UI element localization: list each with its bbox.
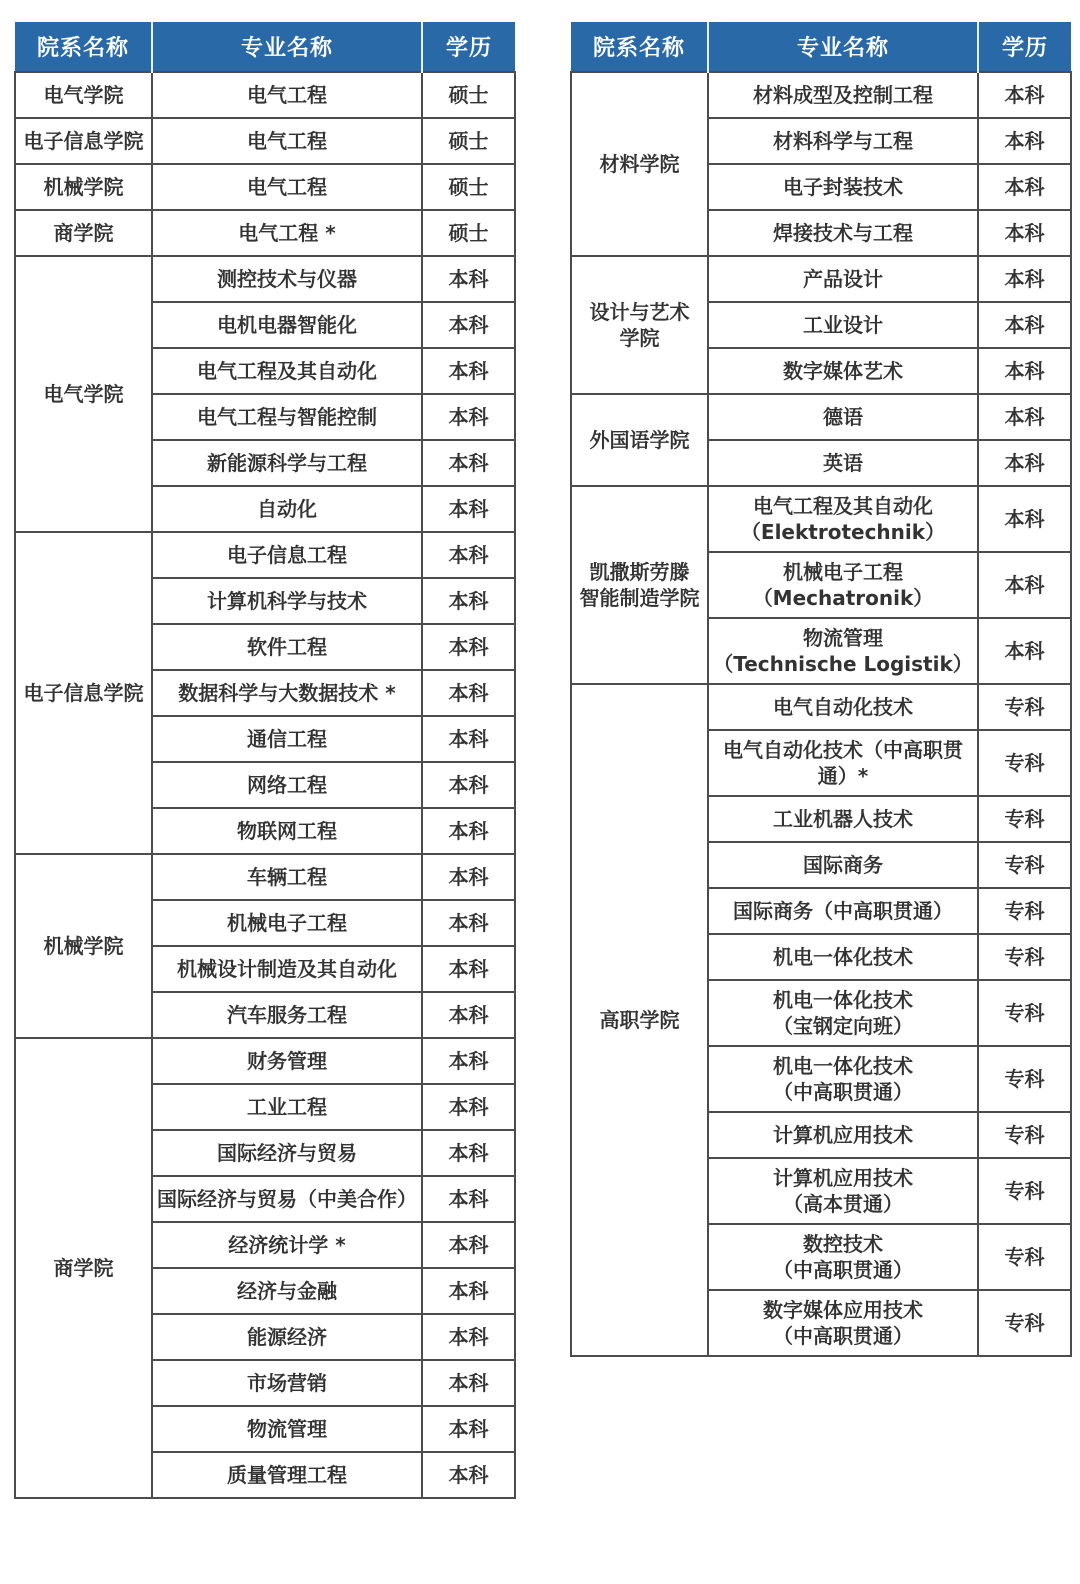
header-row: 院系名称专业名称学历 xyxy=(15,22,515,72)
major-cell: 新能源科学与工程 xyxy=(152,440,422,486)
header-cell-degree: 学历 xyxy=(422,22,515,72)
major-cell: 电子封装技术 xyxy=(708,164,978,210)
header-cell-major: 专业名称 xyxy=(708,22,978,72)
major-cell: 电气自动化技术（中高职贯 通）* xyxy=(708,730,978,796)
major-cell: 机械电子工程 xyxy=(152,900,422,946)
major-cell: 机电一体化技术 （中高职贯通） xyxy=(708,1046,978,1112)
major-cell: 产品设计 xyxy=(708,256,978,302)
degree-cell: 硕士 xyxy=(422,72,515,118)
major-cell: 电气工程 xyxy=(152,72,422,118)
major-cell: 国际经济与贸易 xyxy=(152,1130,422,1176)
department-cell: 凯撒斯劳滕 智能制造学院 xyxy=(571,486,708,684)
table-row: 设计与艺术 学院产品设计本科 xyxy=(571,256,1071,302)
major-cell: 车辆工程 xyxy=(152,854,422,900)
degree-cell: 本科 xyxy=(978,348,1071,394)
degree-cell: 本科 xyxy=(422,854,515,900)
degree-cell: 本科 xyxy=(978,302,1071,348)
major-cell: 物流管理 xyxy=(152,1406,422,1452)
header-row: 院系名称专业名称学历 xyxy=(571,22,1071,72)
table-row: 商学院财务管理本科 xyxy=(15,1038,515,1084)
major-cell: 数字媒体应用技术 （中高职贯通） xyxy=(708,1290,978,1356)
degree-cell: 本科 xyxy=(422,440,515,486)
table-header-left: 院系名称专业名称学历 xyxy=(15,22,515,72)
major-cell: 测控技术与仪器 xyxy=(152,256,422,302)
departments-majors-table-left: 院系名称专业名称学历 电气学院电气工程硕士电子信息学院电气工程硕士机械学院电气工… xyxy=(14,22,516,1499)
table-row: 电子信息学院电子信息工程本科 xyxy=(15,532,515,578)
major-cell: 材料成型及控制工程 xyxy=(708,72,978,118)
degree-cell: 本科 xyxy=(422,256,515,302)
department-cell: 外国语学院 xyxy=(571,394,708,486)
major-cell: 电气工程及其自动化 xyxy=(152,348,422,394)
major-cell: 电气工程及其自动化 （Elektrotechnik） xyxy=(708,486,978,552)
table-body-right: 材料学院材料成型及控制工程本科材料科学与工程本科电子封装技术本科焊接技术与工程本… xyxy=(571,72,1071,1356)
table-row: 电气学院测控技术与仪器本科 xyxy=(15,256,515,302)
degree-cell: 本科 xyxy=(422,762,515,808)
table-row: 材料学院材料成型及控制工程本科 xyxy=(571,72,1071,118)
major-cell: 国际经济与贸易（中美合作） xyxy=(152,1176,422,1222)
major-cell: 工业机器人技术 xyxy=(708,796,978,842)
degree-cell: 本科 xyxy=(978,210,1071,256)
major-cell: 物联网工程 xyxy=(152,808,422,854)
major-cell: 数控技术 （中高职贯通） xyxy=(708,1224,978,1290)
major-cell: 数据科学与大数据技术 * xyxy=(152,670,422,716)
degree-cell: 本科 xyxy=(978,164,1071,210)
degree-cell: 本科 xyxy=(422,348,515,394)
degree-cell: 本科 xyxy=(422,808,515,854)
major-cell: 自动化 xyxy=(152,486,422,532)
major-cell: 质量管理工程 xyxy=(152,1452,422,1498)
major-cell: 电气自动化技术 xyxy=(708,684,978,730)
degree-cell: 本科 xyxy=(422,716,515,762)
major-cell: 机械电子工程 （Mechatronik） xyxy=(708,552,978,618)
major-cell: 能源经济 xyxy=(152,1314,422,1360)
major-cell: 国际商务 xyxy=(708,842,978,888)
department-cell: 设计与艺术 学院 xyxy=(571,256,708,394)
degree-cell: 专科 xyxy=(978,730,1071,796)
header-cell-degree: 学历 xyxy=(978,22,1071,72)
degree-cell: 本科 xyxy=(422,624,515,670)
table-row: 机械学院车辆工程本科 xyxy=(15,854,515,900)
degree-cell: 本科 xyxy=(978,394,1071,440)
degree-cell: 本科 xyxy=(422,670,515,716)
table-header-right: 院系名称专业名称学历 xyxy=(571,22,1071,72)
degree-cell: 专科 xyxy=(978,1046,1071,1112)
degree-cell: 专科 xyxy=(978,888,1071,934)
major-cell: 国际商务（中高职贯通） xyxy=(708,888,978,934)
major-cell: 机电一体化技术 xyxy=(708,934,978,980)
degree-cell: 本科 xyxy=(422,302,515,348)
degree-cell: 专科 xyxy=(978,1112,1071,1158)
degree-cell: 专科 xyxy=(978,1290,1071,1356)
major-cell: 材料科学与工程 xyxy=(708,118,978,164)
department-cell: 商学院 xyxy=(15,210,152,256)
department-cell: 电子信息学院 xyxy=(15,532,152,854)
table-row: 外国语学院德语本科 xyxy=(571,394,1071,440)
degree-cell: 本科 xyxy=(422,1176,515,1222)
major-cell: 网络工程 xyxy=(152,762,422,808)
header-cell-department: 院系名称 xyxy=(571,22,708,72)
degree-cell: 硕士 xyxy=(422,164,515,210)
degree-cell: 本科 xyxy=(422,1452,515,1498)
major-cell: 电气工程 xyxy=(152,118,422,164)
major-cell: 经济统计学 * xyxy=(152,1222,422,1268)
degree-cell: 专科 xyxy=(978,684,1071,730)
degree-cell: 本科 xyxy=(978,552,1071,618)
degree-cell: 本科 xyxy=(422,394,515,440)
department-cell: 电气学院 xyxy=(15,256,152,532)
major-cell: 电子信息工程 xyxy=(152,532,422,578)
degree-cell: 本科 xyxy=(978,618,1071,684)
table-body-left: 电气学院电气工程硕士电子信息学院电气工程硕士机械学院电气工程硕士商学院电气工程 … xyxy=(15,72,515,1498)
degree-cell: 本科 xyxy=(422,1406,515,1452)
department-cell: 机械学院 xyxy=(15,164,152,210)
major-cell: 市场营销 xyxy=(152,1360,422,1406)
degree-cell: 专科 xyxy=(978,842,1071,888)
major-cell: 通信工程 xyxy=(152,716,422,762)
degree-cell: 本科 xyxy=(978,486,1071,552)
degree-cell: 专科 xyxy=(978,1158,1071,1224)
admissions-tables: 院系名称专业名称学历 电气学院电气工程硕士电子信息学院电气工程硕士机械学院电气工… xyxy=(0,0,1080,1499)
degree-cell: 本科 xyxy=(422,1314,515,1360)
department-cell: 电气学院 xyxy=(15,72,152,118)
degree-cell: 本科 xyxy=(978,256,1071,302)
header-cell-department: 院系名称 xyxy=(15,22,152,72)
major-cell: 德语 xyxy=(708,394,978,440)
table-row: 商学院电气工程 *硕士 xyxy=(15,210,515,256)
degree-cell: 本科 xyxy=(422,1222,515,1268)
major-cell: 电气工程 xyxy=(152,164,422,210)
degree-cell: 本科 xyxy=(422,486,515,532)
major-cell: 机械设计制造及其自动化 xyxy=(152,946,422,992)
major-cell: 经济与金融 xyxy=(152,1268,422,1314)
degree-cell: 专科 xyxy=(978,796,1071,842)
department-cell: 材料学院 xyxy=(571,72,708,256)
major-cell: 工业设计 xyxy=(708,302,978,348)
degree-cell: 本科 xyxy=(422,1268,515,1314)
departments-majors-table-right: 院系名称专业名称学历 材料学院材料成型及控制工程本科材料科学与工程本科电子封装技… xyxy=(570,22,1072,1357)
degree-cell: 本科 xyxy=(422,1084,515,1130)
department-cell: 机械学院 xyxy=(15,854,152,1038)
major-cell: 计算机应用技术 xyxy=(708,1112,978,1158)
header-cell-major: 专业名称 xyxy=(152,22,422,72)
degree-cell: 本科 xyxy=(422,578,515,624)
major-cell: 英语 xyxy=(708,440,978,486)
degree-cell: 本科 xyxy=(422,532,515,578)
major-cell: 计算机应用技术 （高本贯通） xyxy=(708,1158,978,1224)
major-cell: 数字媒体艺术 xyxy=(708,348,978,394)
major-cell: 电气工程 * xyxy=(152,210,422,256)
degree-cell: 本科 xyxy=(422,900,515,946)
major-cell: 机电一体化技术 （宝钢定向班） xyxy=(708,980,978,1046)
major-cell: 财务管理 xyxy=(152,1038,422,1084)
major-cell: 焊接技术与工程 xyxy=(708,210,978,256)
degree-cell: 本科 xyxy=(422,1038,515,1084)
degree-cell: 本科 xyxy=(978,72,1071,118)
table-row: 凯撒斯劳滕 智能制造学院电气工程及其自动化 （Elektrotechnik）本科 xyxy=(571,486,1071,552)
degree-cell: 专科 xyxy=(978,934,1071,980)
table-row: 高职学院电气自动化技术专科 xyxy=(571,684,1071,730)
department-cell: 高职学院 xyxy=(571,684,708,1356)
major-cell: 工业工程 xyxy=(152,1084,422,1130)
table-row: 电子信息学院电气工程硕士 xyxy=(15,118,515,164)
major-cell: 汽车服务工程 xyxy=(152,992,422,1038)
degree-cell: 本科 xyxy=(422,1130,515,1176)
degree-cell: 本科 xyxy=(978,440,1071,486)
degree-cell: 本科 xyxy=(422,946,515,992)
major-cell: 电气工程与智能控制 xyxy=(152,394,422,440)
major-cell: 计算机科学与技术 xyxy=(152,578,422,624)
degree-cell: 专科 xyxy=(978,980,1071,1046)
major-cell: 软件工程 xyxy=(152,624,422,670)
major-cell: 物流管理 （Technische Logistik） xyxy=(708,618,978,684)
table-row: 电气学院电气工程硕士 xyxy=(15,72,515,118)
degree-cell: 硕士 xyxy=(422,118,515,164)
major-cell: 电机电器智能化 xyxy=(152,302,422,348)
degree-cell: 本科 xyxy=(422,992,515,1038)
degree-cell: 专科 xyxy=(978,1224,1071,1290)
department-cell: 商学院 xyxy=(15,1038,152,1498)
degree-cell: 硕士 xyxy=(422,210,515,256)
degree-cell: 本科 xyxy=(422,1360,515,1406)
degree-cell: 本科 xyxy=(978,118,1071,164)
table-row: 机械学院电气工程硕士 xyxy=(15,164,515,210)
department-cell: 电子信息学院 xyxy=(15,118,152,164)
